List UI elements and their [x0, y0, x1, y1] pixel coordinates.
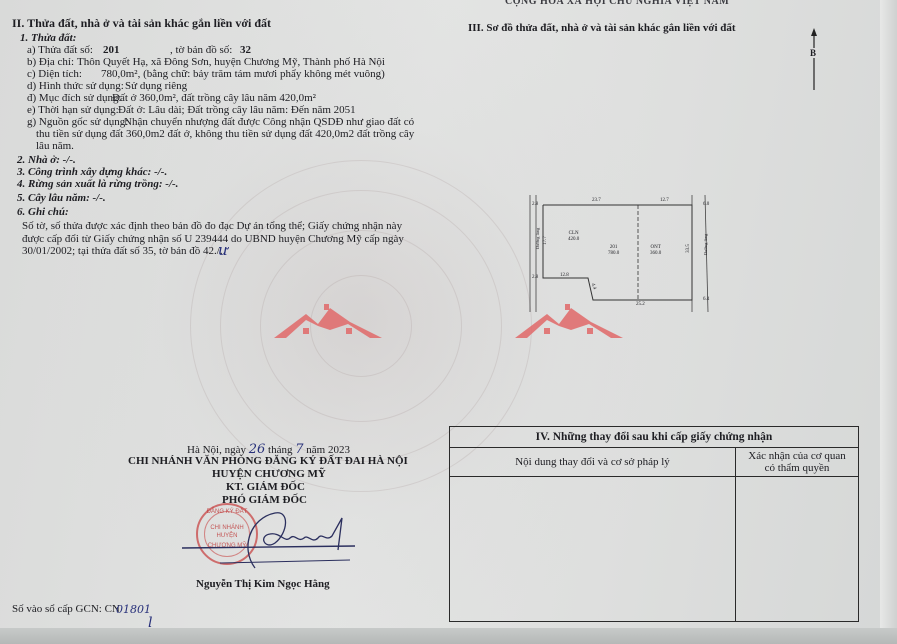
page-edge — [880, 0, 897, 644]
parcel-number-value: 201 — [103, 44, 120, 56]
usage-form-label: d) Hình thức sử dụng: — [27, 80, 124, 92]
house-logo-watermark-icon — [272, 302, 384, 342]
note-line1: Số tờ, số thửa được xác định theo bản đồ… — [22, 220, 402, 232]
dim-road-right-bottom: 6.4 — [703, 297, 709, 302]
perennial-tree-item: 5. Cây lâu năm: -/-. — [17, 192, 106, 204]
note-line3: 30/01/2002; tại thửa đất số 35, tờ bản đ… — [22, 245, 223, 257]
national-header: CỘNG HÒA XÃ HỘI CHỦ NGHĨA VIỆT NAM — [505, 0, 729, 7]
handwritten-initial: ư — [218, 241, 228, 259]
zone-ont: ONT 360.0 — [650, 245, 661, 257]
zone-ont-area: 360.0 — [650, 251, 661, 257]
dim-road-left-bottom: 2.8 — [532, 275, 538, 280]
changes-table: IV. Những thay đổi sau khi cấp giấy chứn… — [449, 426, 859, 622]
dim-right-side: 33.5 — [686, 244, 691, 253]
confirmation-header-line2: có thẩm quyền — [736, 462, 858, 474]
dim-road-left-top: 2.8 — [532, 202, 538, 207]
zone-cln: CLN 420.0 — [568, 231, 579, 243]
signature-scribble-icon — [180, 508, 360, 578]
origin-line1: Nhận chuyển nhượng đất được Công nhận QS… — [124, 116, 414, 128]
issuing-org-line2: HUYỆN CHƯƠNG MỸ — [212, 468, 326, 480]
dim-road-right-top: 6.0 — [703, 202, 709, 207]
map-sheet-label: , tờ bản đồ số: — [170, 44, 232, 56]
house-item: 2. Nhà ở: -/-. — [17, 154, 76, 166]
parcel-heading: 1. Thửa đất: — [20, 32, 76, 44]
parcel-label: 201 780.0 — [608, 245, 619, 257]
usage-form-value: Sử dụng riêng — [125, 80, 187, 92]
registry-suffix: l — [148, 615, 152, 631]
dim-top-left: 23.7 — [592, 198, 601, 203]
road-left-label: Đường làng — [535, 228, 540, 249]
confirmation-header-line1: Xác nhận của cơ quan — [736, 450, 858, 462]
address-label: b) Địa chỉ: — [27, 56, 74, 68]
section2-title: II. Thửa đất, nhà ở và tài sản khác gắn … — [12, 16, 271, 31]
page-bottom-shadow — [0, 628, 897, 644]
section3-title: III. Sơ đồ thửa đất, nhà ở và tài sản kh… — [468, 22, 736, 34]
changes-column-divider — [735, 477, 736, 621]
origin-line2: thu tiền sử dụng đất 360,0m2 đất ở, khôn… — [36, 128, 414, 140]
usage-term-value: Đất ở: Lâu dài; Đất trồng cây lâu năm: Đ… — [118, 104, 356, 116]
road-right-label: Đường làng — [703, 234, 708, 255]
address-value: Thôn Quyết Hạ, xã Đông Sơn, huyện Chương… — [77, 56, 385, 68]
registry-number: 01801 — [116, 603, 151, 616]
dim-bottom-step: 12.8 — [560, 273, 569, 278]
parcel-plot-area: 780.0 — [608, 251, 619, 257]
signer-name: Nguyễn Thị Kim Ngọc Hằng — [196, 578, 330, 590]
area-label: c) Diện tích: — [27, 68, 82, 80]
registry-label: Số vào sổ cấp GCN: CN — [12, 603, 120, 615]
changes-col-content-header: Nội dung thay đổi và cơ sở pháp lý — [450, 447, 736, 477]
map-sheet-value: 32 — [240, 44, 251, 56]
changes-table-title: IV. Những thay đổi sau khi cấp giấy chứn… — [450, 427, 858, 448]
dim-left-side: 17.7 — [543, 236, 548, 245]
signer-role-line1: KT. GIÁM ĐỐC — [226, 481, 305, 493]
changes-col-confirmation-header: Xác nhận của cơ quan có thẩm quyền — [736, 447, 858, 477]
notes-heading: 6. Ghi chú: — [17, 206, 69, 218]
usage-term-label: e) Thời hạn sử dụng: — [27, 104, 119, 116]
parcel-number-label: a) Thửa đất số: — [27, 44, 93, 56]
production-forest-item: 4. Rừng sản xuất là rừng trồng: -/-. — [17, 178, 178, 190]
note-line2: được cấp đổi từ Giấy chứng nhận số U 239… — [22, 233, 404, 245]
origin-label: g) Nguồn gốc sử dụng: — [27, 116, 128, 128]
usage-purpose-value: Đất ở 360,0m², đất trồng cây lâu năm 420… — [112, 92, 316, 104]
other-construction-item: 3. Công trình xây dựng khác: -/-. — [17, 166, 167, 178]
north-label: B — [810, 48, 816, 58]
dim-top-right: 12.7 — [660, 198, 669, 203]
zone-cln-area: 420.0 — [568, 237, 579, 243]
dim-bottom: 25.2 — [636, 302, 645, 307]
issuing-org-line1: CHI NHÁNH VĂN PHÒNG ĐĂNG KÝ ĐẤT ĐAI HÀ N… — [128, 455, 408, 467]
north-arrow-icon — [806, 28, 822, 92]
area-value: 780,0m², (bằng chữ: bảy trăm tám mươi ph… — [101, 68, 385, 80]
usage-purpose-label: đ) Mục đích sử dụng: — [27, 92, 122, 104]
origin-line3: lâu năm. — [36, 140, 74, 152]
